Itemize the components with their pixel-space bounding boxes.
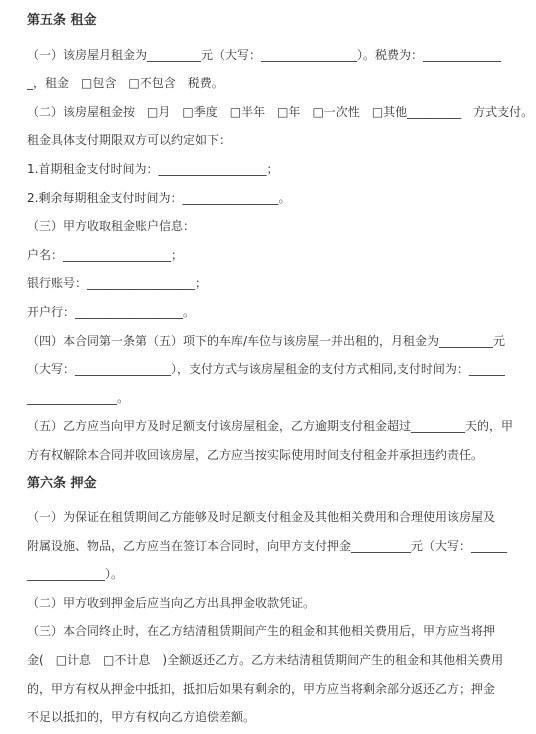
contract-line: （四）本合同第一条第（五）项下的车库/车位与该房屋一并出租的，月租金为_____… — [27, 327, 512, 356]
contract-line: 方有权解除本合同并收回该房屋，乙方应当按实际使用时间支付租金并承担违约责任。 — [27, 441, 512, 470]
contract-line: 金( □计息 □不计息 )全额返还乙方。乙方未结清租赁期间产生的租金和其他相关费… — [27, 646, 512, 675]
checkbox-tax-excluded[interactable]: □不包含 — [128, 76, 175, 90]
text-run: _________ 方式支付。 — [407, 105, 533, 119]
contract-line: （五）乙方应当向甲方及时足额支付该房屋租金，乙方逾期支付租金超过________… — [27, 412, 512, 441]
checkbox-pay-semiannual[interactable]: □半年 — [230, 105, 265, 119]
checkbox-pay-onetime[interactable]: □一次性 — [312, 105, 359, 119]
text-run: 税费。 — [176, 76, 224, 90]
text-run: 金( — [27, 653, 56, 667]
text-run — [170, 105, 182, 119]
contract-line: _，租金 □包含 □不包含 税费。 — [27, 69, 512, 98]
contract-line: （一）为保证在租赁期间乙方能够及时足额支付租金及其他相关费用和合理使用该房屋及 — [27, 503, 512, 532]
contract-line: _____________）。 — [27, 560, 512, 589]
checkbox-pay-other[interactable]: □其他 — [372, 105, 407, 119]
contract-line: 户名：__________________； — [27, 241, 512, 270]
contract-line: 的，甲方有权从押金中抵扣，抵扣后如果有剩余的，甲方应当将剩余部分返还乙方；押金 — [27, 675, 512, 704]
text-run — [91, 653, 103, 667]
contract-line: （三）甲方收取租金账户信息： — [27, 212, 512, 241]
contract-line: _______________。 — [27, 384, 512, 413]
checkbox-pay-monthly[interactable]: □月 — [147, 105, 170, 119]
text-run: （二）该房屋租金按 — [27, 105, 147, 119]
heading-article-5: 第五条 租金 — [27, 7, 512, 36]
text-run — [116, 76, 128, 90]
contract-page: 第五条 租金 （一）该房屋月租金为_________元（大写：_________… — [0, 0, 536, 734]
text-run — [265, 105, 277, 119]
checkbox-deposit-with-interest[interactable]: □计息 — [56, 653, 91, 667]
text-run — [360, 105, 372, 119]
heading-article-6: 第六条 押金 — [27, 470, 512, 499]
contract-line: （一）该房屋月租金为_________元（大写：________________… — [27, 41, 512, 70]
contract-line: （二）甲方收到押金后应当向乙方出具押金收款凭证。 — [27, 589, 512, 618]
checkbox-deposit-without-interest[interactable]: □不计息 — [103, 653, 150, 667]
contract-line: 不足以抵扣的，甲方有权向乙方追偿差额。 — [27, 703, 512, 732]
contract-line: 开户行：__________________。 — [27, 298, 512, 327]
checkbox-tax-included[interactable]: □包含 — [81, 76, 116, 90]
contract-line: 租金具体支付期限双方可以约定如下： — [27, 126, 512, 155]
text-run — [300, 105, 312, 119]
text-run: _，租金 — [27, 76, 81, 90]
checkbox-pay-annual[interactable]: □年 — [277, 105, 300, 119]
contract-line: （三）本合同终止时，在乙方结清租赁期间产生的租金和其他相关费用后，甲方应当将押 — [27, 617, 512, 646]
contract-line: 2.剩余每期租金支付时间为：________________。 — [27, 184, 512, 213]
contract-line: 1.首期租金支付时间为：__________________； — [27, 155, 512, 184]
contract-line: （二）该房屋租金按 □月 □季度 □半年 □年 □一次性 □其他________… — [27, 98, 512, 127]
text-run: )全额返还乙方。乙方未结清租赁期间产生的租金和其他相关费用 — [150, 653, 503, 667]
contract-line: 银行账号：__________________； — [27, 269, 512, 298]
contract-line: （大写：________________），支付方式与该房屋租金的支付方式相同,… — [27, 355, 512, 384]
checkbox-pay-quarterly[interactable]: □季度 — [182, 105, 217, 119]
text-run — [218, 105, 230, 119]
contract-line: 附属设施、物品，乙方应当在签订本合同时，向甲方支付押金__________元（大… — [27, 532, 512, 561]
